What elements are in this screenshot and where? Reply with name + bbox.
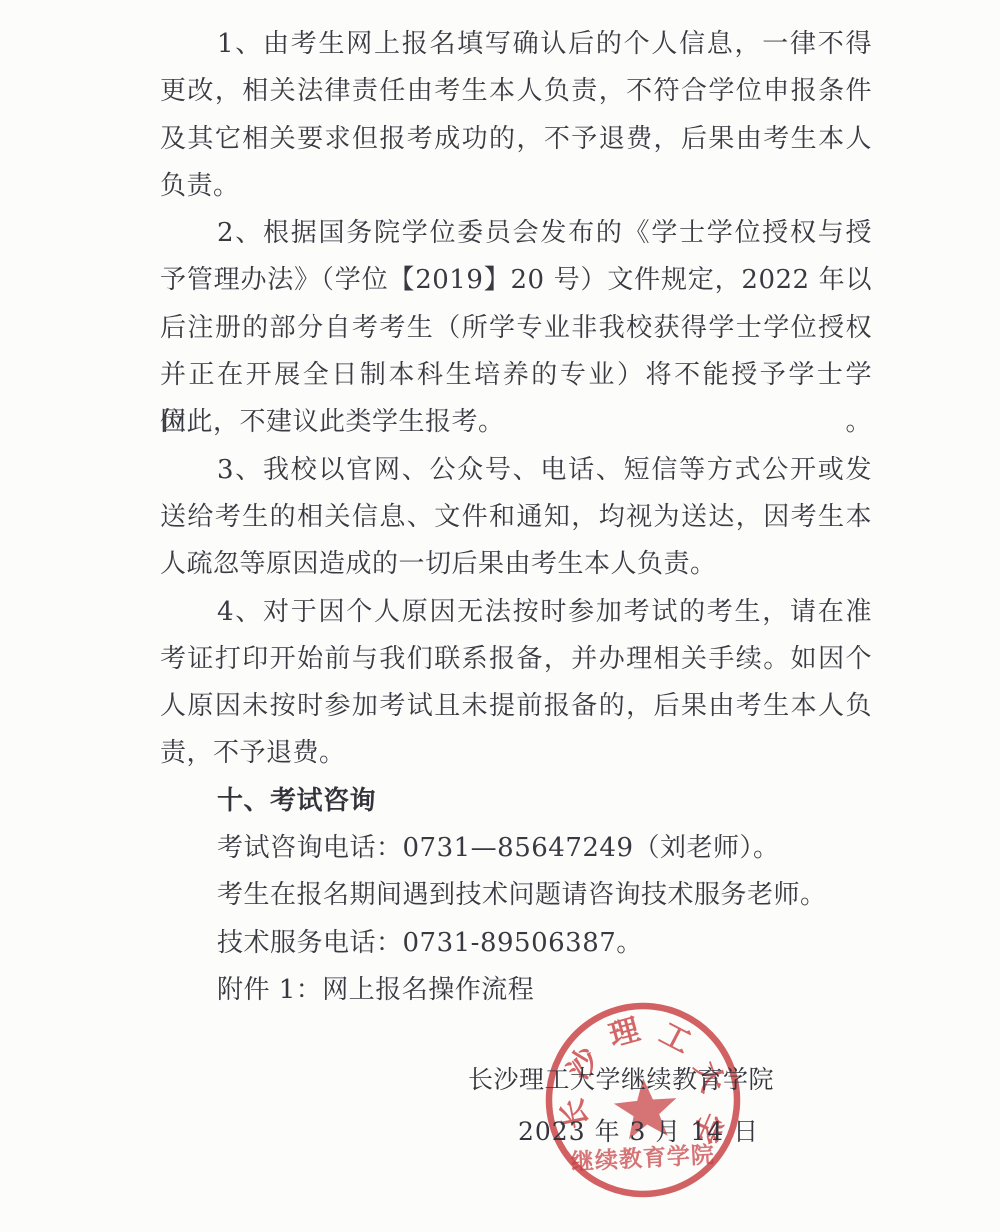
official-seal: 长沙理工大学 继续教育学院	[543, 1000, 743, 1200]
contact-line: 附件 1：网上报名操作流程	[160, 967, 872, 1014]
contact-lines: 考试咨询电话：0731—85647249（刘老师）。考生在报名期间遇到技术问题请…	[160, 825, 872, 1014]
paragraph-line: 后注册的部分自考考生（所学专业非我校获得学士学位授权	[160, 305, 872, 352]
contact-line: 考生在报名期间遇到技术问题请咨询技术服务老师。	[160, 872, 872, 919]
paragraph-line: 更改，相关法律责任由考生本人负责，不符合学位申报条件	[160, 68, 872, 115]
contact-line: 技术服务电话：0731-89506387。	[160, 920, 872, 967]
paragraph-line: 人原因未按时参加考试且未提前报备的，后果由考生本人负	[160, 683, 872, 730]
signature-date: 2023 年 3 月 14 日	[518, 1116, 759, 1148]
paragraph-line: 1、由考生网上报名填写确认后的个人信息，一律不得	[160, 21, 872, 68]
paragraph-line: 及其它相关要求但报考成功的，不予退费，后果由考生本人	[160, 116, 872, 163]
paragraph-line: 送给考生的相关信息、文件和通知，均视为送达，因考生本	[160, 494, 872, 541]
paragraph-line: 考证打印开始前与我们联系报备，并办理相关手续。如因个	[160, 636, 872, 683]
paragraphs: 1、由考生网上报名填写确认后的个人信息，一律不得更改，相关法律责任由考生本人负责…	[160, 21, 872, 778]
paragraph-line: 3、我校以官网、公众号、电话、短信等方式公开或发	[160, 447, 872, 494]
seal-arc-char: 工	[654, 1016, 697, 1061]
signature-organization: 长沙理工大学继续教育学院	[468, 1064, 774, 1096]
paragraph-line: 人疏忽等原因造成的一切后果由考生本人负责。	[160, 541, 872, 588]
document-page: 1、由考生网上报名填写确认后的个人信息，一律不得更改，相关法律责任由考生本人负责…	[0, 0, 1000, 1232]
contact-line: 考试咨询电话：0731—85647249（刘老师）。	[160, 825, 872, 872]
paragraph-line: 负责。	[160, 163, 872, 210]
paragraph-line: 责，不予退费。	[160, 730, 872, 777]
paragraph-line: 2、根据国务院学位委员会发布的《学士学位授权与授	[160, 210, 872, 257]
paragraph-line: 并正在开展全日制本科生培养的专业）将不能授予学士学位。	[160, 352, 872, 399]
section-heading: 十、考试咨询	[160, 778, 872, 825]
seal-arc-char: 理	[605, 1012, 643, 1054]
paragraph-line: 予管理办法》（学位【2019】20 号）文件规定，2022 年以	[160, 257, 872, 304]
text-flow: 1、由考生网上报名填写确认后的个人信息，一律不得更改，相关法律责任由考生本人负责…	[160, 21, 872, 1014]
paragraph-line: 4、对于因个人原因无法按时参加考试的考生，请在准	[160, 589, 872, 636]
